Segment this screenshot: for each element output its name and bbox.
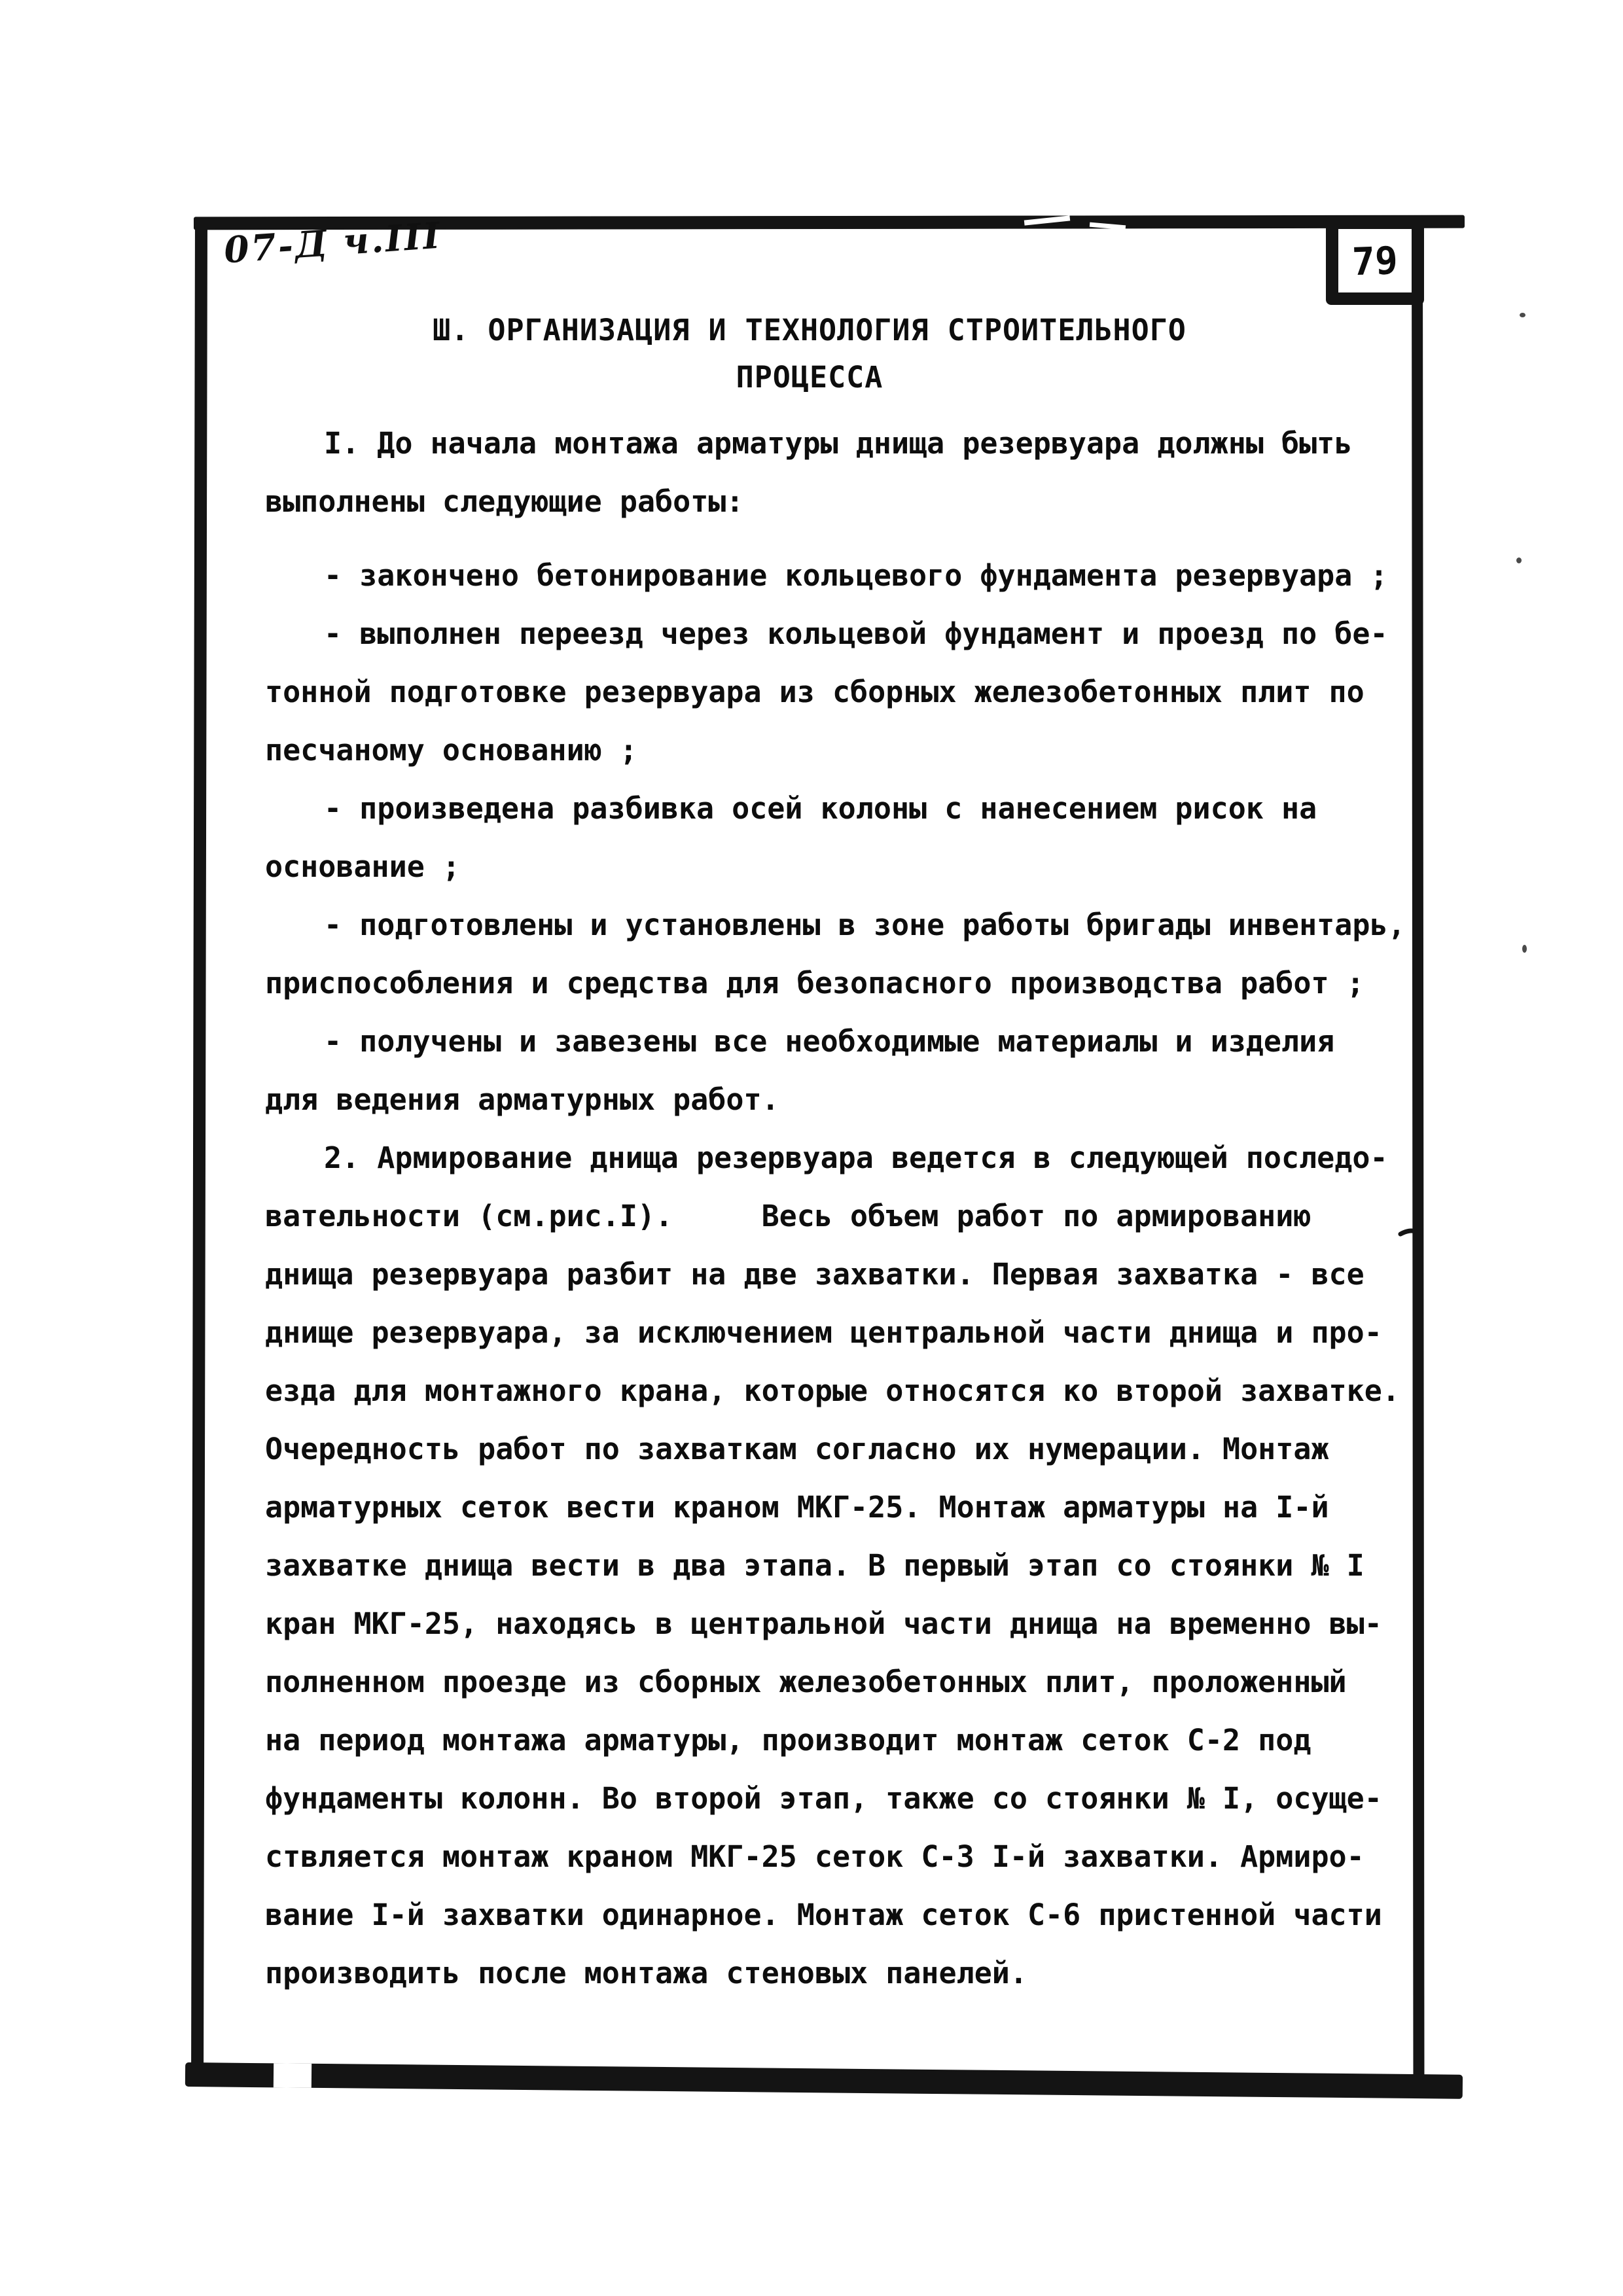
noise-speck — [1522, 945, 1527, 953]
text-line: на период монтажа арматуры, производит м… — [265, 1711, 1406, 1769]
text-line: производить после монтажа стеновых панел… — [265, 1944, 1406, 2002]
body-text: I. До начала монтажа арматуры днища резе… — [265, 414, 1406, 2002]
frame-bottom-border — [185, 2062, 1463, 2099]
section-title: Ш. ОРГАНИЗАЦИЯ И ТЕХНОЛОГИЯ СТРОИТЕЛЬНОГ… — [196, 306, 1423, 400]
page-number: 79 — [1351, 238, 1399, 283]
text-line: - закончено бетонирование кольцевого фун… — [265, 546, 1406, 605]
text-line: езда для монтажного крана, которые относ… — [265, 1362, 1406, 1420]
section-title-line-2: ПРОЦЕССА — [196, 353, 1423, 400]
text-line: полненном проезде из сборных железобетон… — [265, 1653, 1406, 1711]
text-line: вательности (см.рис.I). Весь объем работ… — [265, 1187, 1406, 1245]
margin-squiggle-mark — [1393, 1225, 1438, 1310]
text-line: приспособления и средства для безопасног… — [265, 954, 1406, 1012]
noise-speck — [1516, 557, 1522, 563]
text-line: кран МКГ-25, находясь в центральной част… — [265, 1595, 1406, 1653]
text-line: основание ; — [265, 838, 1406, 896]
text-line: днища резервуара разбит на две захватки.… — [265, 1245, 1406, 1303]
text-line: песчаному основанию ; — [265, 721, 1406, 779]
text-line: - выполнен переезд через кольцевой фунда… — [265, 605, 1406, 663]
text-line: для ведения арматурных работ. — [265, 1070, 1406, 1129]
text-line: выполнены следующие работы: — [265, 472, 1406, 531]
noise-speck — [1520, 313, 1525, 317]
section-title-line-1: Ш. ОРГАНИЗАЦИЯ И ТЕХНОЛОГИЯ СТРОИТЕЛЬНОГ… — [196, 306, 1423, 353]
text-line: 2. Армирование днища резервуара ведется … — [265, 1129, 1406, 1187]
text-line: фундаменты колонн. Во второй этап, также… — [265, 1769, 1406, 1828]
scan-page: 07-Д ч.III 79 Ш. ОРГАНИЗАЦИЯ И ТЕХНОЛОГИ… — [0, 0, 1623, 2296]
text-line: Очередность работ по захваткам согласно … — [265, 1420, 1406, 1478]
text-line: - получены и завезены все необходимые ма… — [265, 1012, 1406, 1070]
text-line: арматурных сеток вести краном МКГ-25. Мо… — [265, 1478, 1406, 1536]
page-number-box: 79 — [1326, 217, 1424, 305]
text-line: вание I-й захватки одинарное. Монтаж сет… — [265, 1886, 1406, 1944]
text-line: ствляется монтаж краном МКГ-25 сеток С-3… — [265, 1828, 1406, 1886]
frame-left-border — [191, 217, 207, 2081]
frame-right-border — [1412, 217, 1425, 2096]
frame-bottom-gap — [274, 2062, 312, 2091]
text-line: тонной подготовке резервуара из сборных … — [265, 663, 1406, 721]
text-line: днище резервуара, за исключением централ… — [265, 1303, 1406, 1362]
text-line: захватке днища вести в два этапа. В перв… — [265, 1536, 1406, 1595]
text-line: - подготовлены и установлены в зоне рабо… — [265, 896, 1406, 954]
text-line: I. До начала монтажа арматуры днища резе… — [265, 414, 1406, 472]
text-line: - произведена разбивка осей колоны с нан… — [265, 779, 1406, 838]
